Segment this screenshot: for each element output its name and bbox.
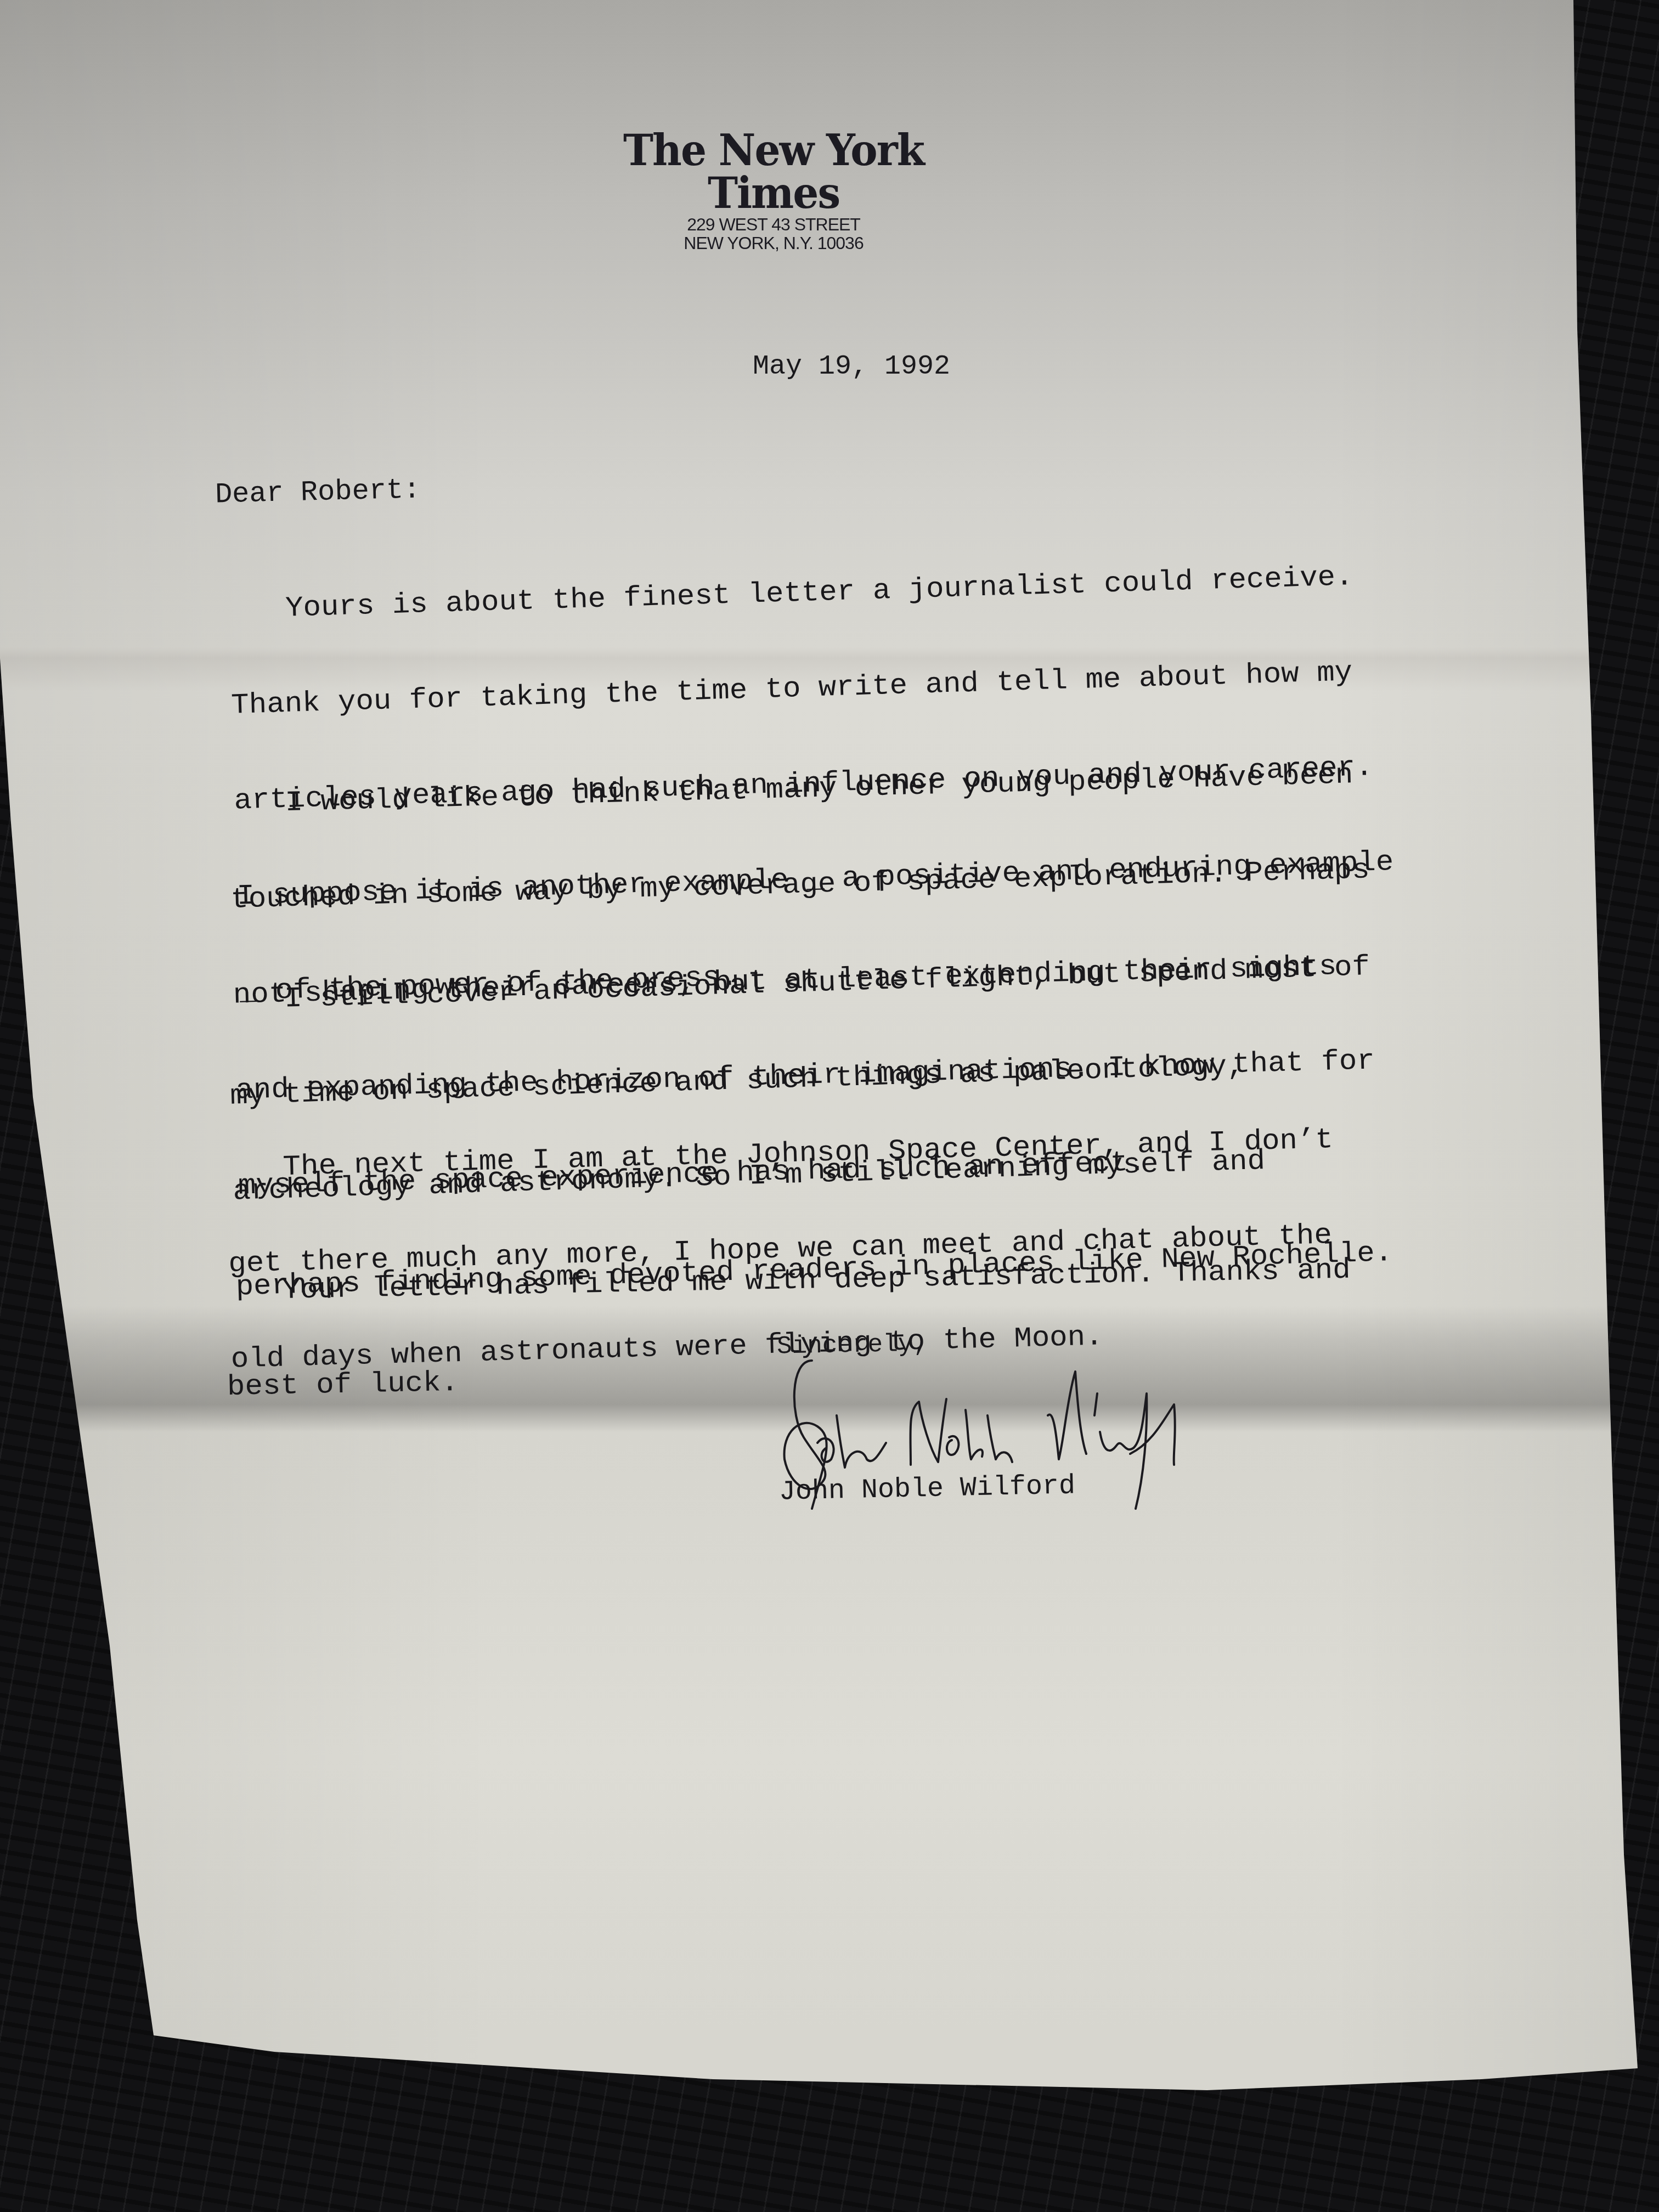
signed-name: John Noble Wilford: [778, 1470, 1075, 1508]
publication-logo: The New York Times: [582, 129, 966, 215]
paragraph-line: Yours is about the finest letter a journ…: [228, 560, 1385, 627]
letterhead: The New York Times 229 WEST 43 STREET NE…: [582, 132, 966, 252]
salutation: Dear Robert:: [215, 473, 421, 511]
paragraph-line: I would like to think that many other yo…: [228, 759, 1368, 821]
letterhead-address: 229 WEST 43 STREET NEW YORK, N.Y. 10036: [582, 215, 966, 252]
paragraph-line: I still cover an occasional shuttle flig…: [227, 951, 1384, 1017]
address-line-2: NEW YORK, N.Y. 10036: [582, 234, 966, 252]
letter-page: The New York Times 229 WEST 43 STREET NE…: [0, 0, 1659, 2212]
paragraph-line: Your letter has filled me with deep sati…: [225, 1255, 1351, 1308]
letter-date: May 19, 1992: [753, 351, 950, 382]
paragraph-line: The next time I am at the Johnson Space …: [225, 1124, 1334, 1185]
